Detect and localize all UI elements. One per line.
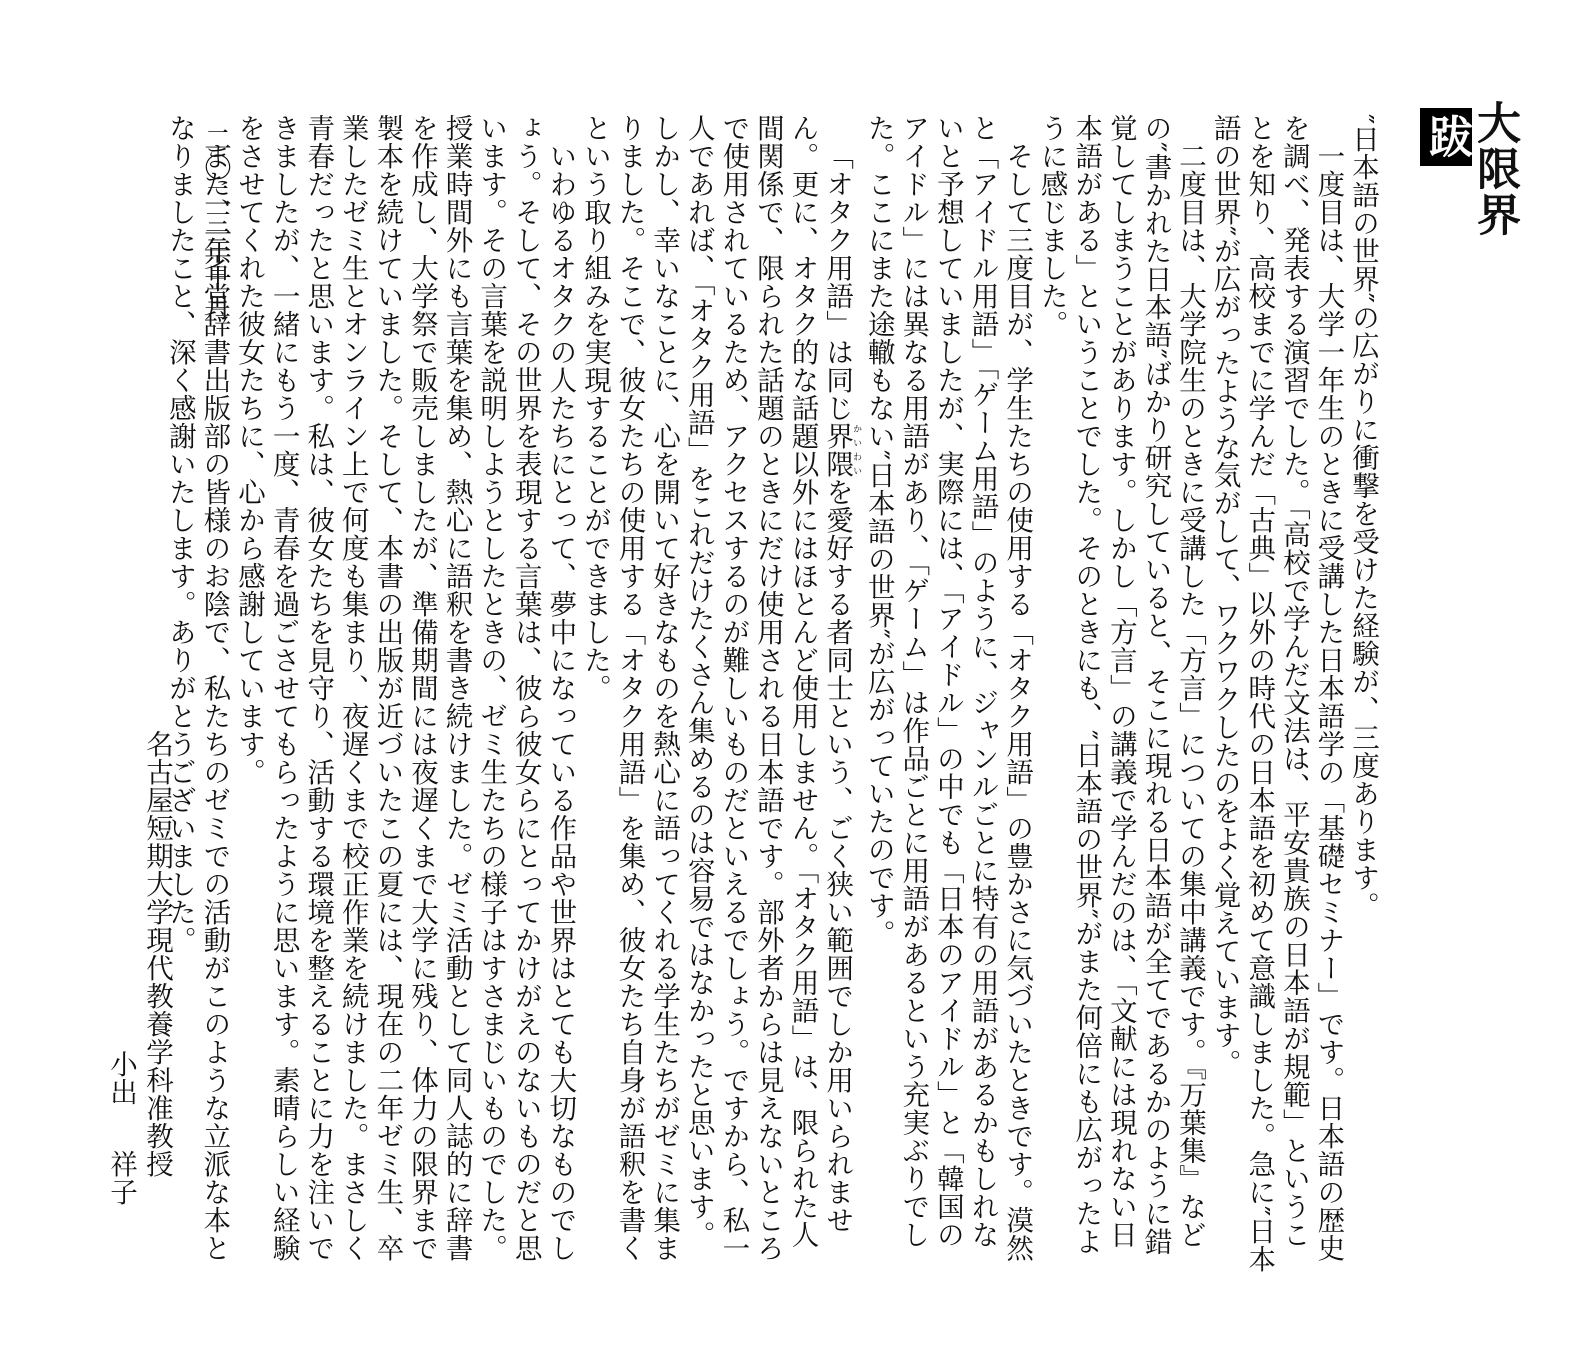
page-title: 大限界 跋 [1420,100,1516,238]
paragraph-first: 一度目は、大学一年生のときに受講した日本語学の「基礎セミナー」です。日本語の歴史… [1207,114,1345,1274]
author-given-name: 祥子 [105,1150,137,1206]
paragraph-seminar: いわゆるオタクの人たちにとって、夢中になっている作品や世界はとても大切なものでし… [231,114,577,1274]
text-segment: 「オタク用語」は同じ [821,142,853,422]
title-main: 大限界 [1472,100,1516,238]
ruby-reading: かいわい [851,422,861,478]
author-family-name: 小出 [105,1050,137,1106]
body-text: ″日本語の世界″の広がりに衝撃を受けた経験が、三度あります。 一度目は、大学一年… [162,114,1380,1274]
ruby-base: 界隈 [821,422,853,478]
ruby-annotation: 界隈かいわい [821,422,853,478]
paragraph-intro: ″日本語の世界″の広がりに衝撃を受けた経験が、三度あります。 [1345,114,1380,1274]
date: 二〇二三年十月 [198,125,232,321]
text-segment: を愛好する者同士という、ごく狭い範囲でしか用いられません。更に、オタク的な話題以… [579,114,853,1262]
paragraph-otaku-terms: 「オタク用語」は同じ界隈かいわいを愛好する者同士という、ごく狭い範囲でしか用いら… [577,114,861,1274]
author-affiliation: 名古屋短期大学現代教養学科准教授 [140,730,174,1178]
paragraph-third: そして三度目が、学生たちの使用する「オタク用語」の豊かさに気づいたときです。漠然… [861,114,1034,1274]
author-name: 小出祥子 [104,1050,138,1206]
paragraph-second: 二度目は、大学院生のときに受講した「方言」についての集中講義です。『万葉集』など… [1034,114,1207,1274]
title-badge: 跋 [1420,108,1472,166]
